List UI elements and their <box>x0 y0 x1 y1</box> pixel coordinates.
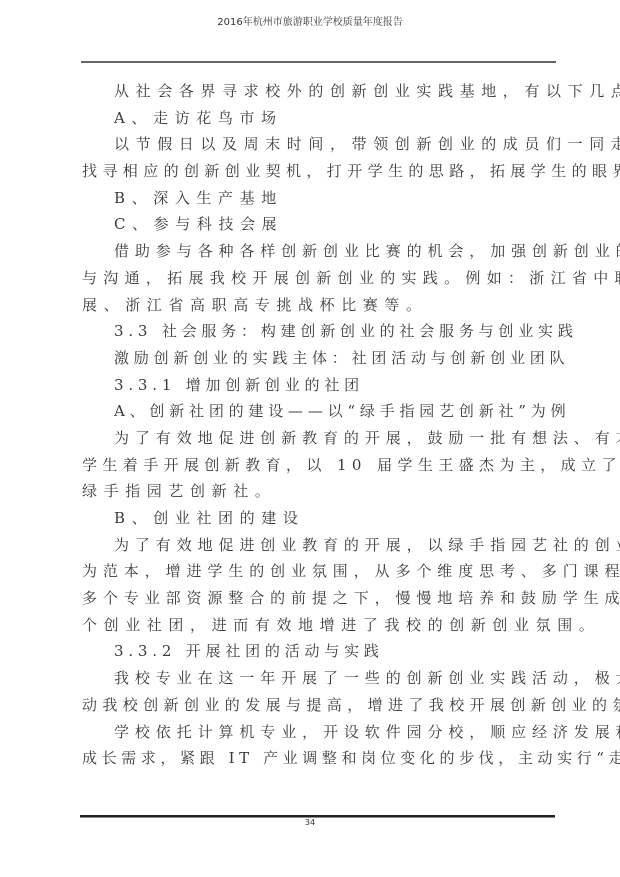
paragraph-line: 个创业社团，进而有效地增进了我校的创新创业氛围。 <box>82 612 568 639</box>
paragraph-line: 与沟通，拓展我校开展创新创业的实践。例如：浙江省中职小发明 <box>82 265 568 292</box>
paragraph-line: 找寻相应的创新创业契机，打开学生的思路，拓展学生的眼界。 <box>82 158 568 185</box>
list-item-heading: C、参与科技会展 <box>82 211 568 238</box>
paragraph-line: 为了有效地促进创新教育的开展，鼓励一批有想法、有才能的 <box>82 425 568 452</box>
paragraph-line: 以节假日以及周末时间，带领创新创业的成员们一同走访市场， <box>82 131 568 158</box>
document-body: 从社会各界寻求校外的创新创业实践基地，有以下几点： A、走访花鸟市场 以节假日以… <box>82 78 568 772</box>
paragraph-line: 学生着手开展创新教育，以 10 届学生王盛杰为主，成立了 XX 职校 <box>82 452 568 479</box>
subsection-heading: 激励创新创业的实践主体：社团活动与创新创业团队 <box>82 345 568 372</box>
list-item-heading: A、创新社团的建设——以“绿手指园艺创新社”为例 <box>82 398 568 425</box>
paragraph-line: 绿手指园艺创新社。 <box>82 478 568 505</box>
list-item-heading: A、走访花鸟市场 <box>82 105 568 132</box>
subsection-heading: 3.3.1 增加创新创业的社团 <box>82 372 568 399</box>
list-item-heading: B、深入生产基地 <box>82 185 568 212</box>
list-item-heading: B、创业社团的建设 <box>82 505 568 532</box>
paragraph-line: 多个专业部资源整合的前提之下，慢慢地培养和鼓励学生成立了多 <box>82 585 568 612</box>
section-heading: 3.3 社会服务：构建创新创业的社会服务与创业实践 <box>82 318 568 345</box>
paragraph-line: 我校专业在这一年开展了一些的创新创业实践活动，极大地推 <box>82 665 568 692</box>
paragraph-line: 学校依托计算机专业，开设软件园分校，顺应经济发展和人才 <box>82 719 568 746</box>
header-divider <box>81 61 556 63</box>
paragraph-line: 从社会各界寻求校外的创新创业实践基地，有以下几点： <box>82 78 568 105</box>
page-number: 34 <box>0 818 620 827</box>
paragraph-line: 借助参与各种各样创新创业比赛的机会，加强创新创业的交流 <box>82 238 568 265</box>
paragraph-line: 为范本，增进学生的创业氛围，从多个维度思考、多门课程交叉、 <box>82 558 568 585</box>
paragraph-line: 成长需求，紧跟 IT 产业调整和岗位变化的步伐，主动实行“走出去、 <box>82 745 568 772</box>
running-header-title: 2016年杭州市旅游职业学校质量年度报告 <box>0 13 620 28</box>
paragraph-line: 展、浙江省高职高专挑战杯比赛等。 <box>82 292 568 319</box>
paragraph-line: 动我校创新创业的发展与提高，增进了我校开展创新创业的氛围。 <box>82 692 568 719</box>
paragraph-line: 为了有效地促进创业教育的开展，以绿手指园艺社的创业实践 <box>82 532 568 559</box>
subsection-heading: 3.3.2 开展社团的活动与实践 <box>82 638 568 665</box>
